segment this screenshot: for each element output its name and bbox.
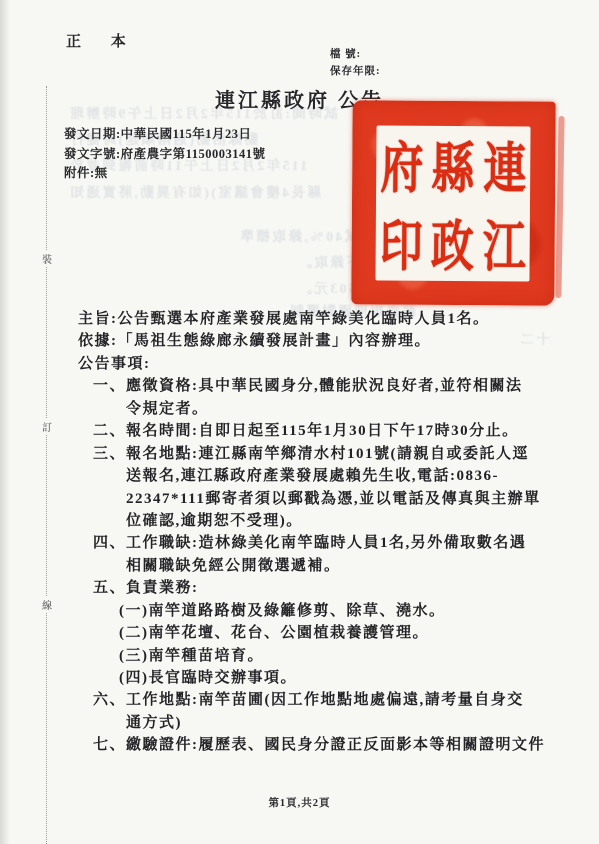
retention-period-label: 保存年限: <box>330 63 381 80</box>
binding-char-zhuang: 裝 <box>40 251 54 266</box>
doc-number: 發文字號:府產農字第1150003141號 <box>64 145 265 165</box>
page-number-footer: 第1頁,共2頁 <box>0 795 599 810</box>
attachment: 附件:無 <box>64 164 265 184</box>
issue-date: 發文日期:中華民國115年1月23日 <box>64 125 265 145</box>
file-number-label: 檔 號: <box>330 46 381 63</box>
file-reference-block: 檔 號: 保存年限: <box>330 46 381 80</box>
body-line: 二、報名時間:自即日起至115年1月30日下午17時30分止。 <box>0 420 599 442</box>
body-line: (三)南竿種苗培育。 <box>0 645 599 667</box>
body-line: 通方式) <box>0 712 599 734</box>
official-seal: 府 縣 連 印 政 江 <box>351 100 555 305</box>
body-line: 五、負責業務: <box>0 577 599 599</box>
copy-type-label: 正 本 <box>66 30 139 51</box>
body-line: 六、工作地點:南竿苗圃(因工作地點地處偏遠,請考量自身交 <box>0 689 599 711</box>
body-line: 相關職缺免經公開徵選遞補。 <box>0 555 599 577</box>
body-line: 令規定者。 <box>0 398 599 420</box>
bleedthrough-line: 縣長4樓會議室)(如有異動,將實通知 <box>68 181 321 201</box>
official-seal-face: 府 縣 連 印 政 江 <box>375 125 530 281</box>
scanned-announcement-page: 試時間:訂於115年2月2日上午9時辦理動隊活動(遇雨順延)時健行115年2月2… <box>0 0 599 844</box>
body-line: (一)南竿道路路樹及綠籬修剪、除草、澆水。 <box>0 600 599 622</box>
body-line: (二)南竿花壇、花台、公園植栽養護管理。 <box>0 622 599 644</box>
body-line: 七、繳驗證件:履歷表、國民身分證正反面影本等相關證明文件 <box>0 734 599 756</box>
seal-char: 江 <box>478 191 531 294</box>
seal-char: 政 <box>426 191 479 294</box>
body-line: 三、報名地點:連江縣南竿鄉清水村101號(請親自或委託人逕 <box>0 443 599 465</box>
document-meta: 發文日期:中華民國115年1月23日 發文字號:府產農字第1150003141號… <box>64 125 265 184</box>
body-line: (四)長官臨時交辦事項。 <box>0 667 599 689</box>
body-line: 主旨:公告甄選本府產業發展處南竿綠美化臨時人員1名。 <box>0 308 599 330</box>
body-line: 位確認,逾期恕不受理)。 <box>0 510 599 532</box>
body-line: 依據:「馬祖生態綠廊永續發展計畫」內容辦理。 <box>0 330 599 352</box>
body-line: 公告事項: <box>0 353 599 375</box>
body-lines: 主旨:公告甄選本府產業發展處南竿綠美化臨時人員1名。依據:「馬祖生態綠廊永續發展… <box>0 308 599 757</box>
seal-char: 印 <box>375 191 428 294</box>
body-line: 22347*111郵寄者須以郵戳為憑,並以電話及傳真與主辦單 <box>0 488 599 510</box>
body-line: 一、應徵資格:具中華民國身分,體能狀況良好者,並符相關法 <box>0 375 599 397</box>
body-line: 四、工作職缺:造林綠美化南竿臨時人員1名,另外備取數名遇 <box>0 532 599 554</box>
body-line: 送報名,連江縣政府產業發展處賴先生收,電話:0836- <box>0 465 599 487</box>
